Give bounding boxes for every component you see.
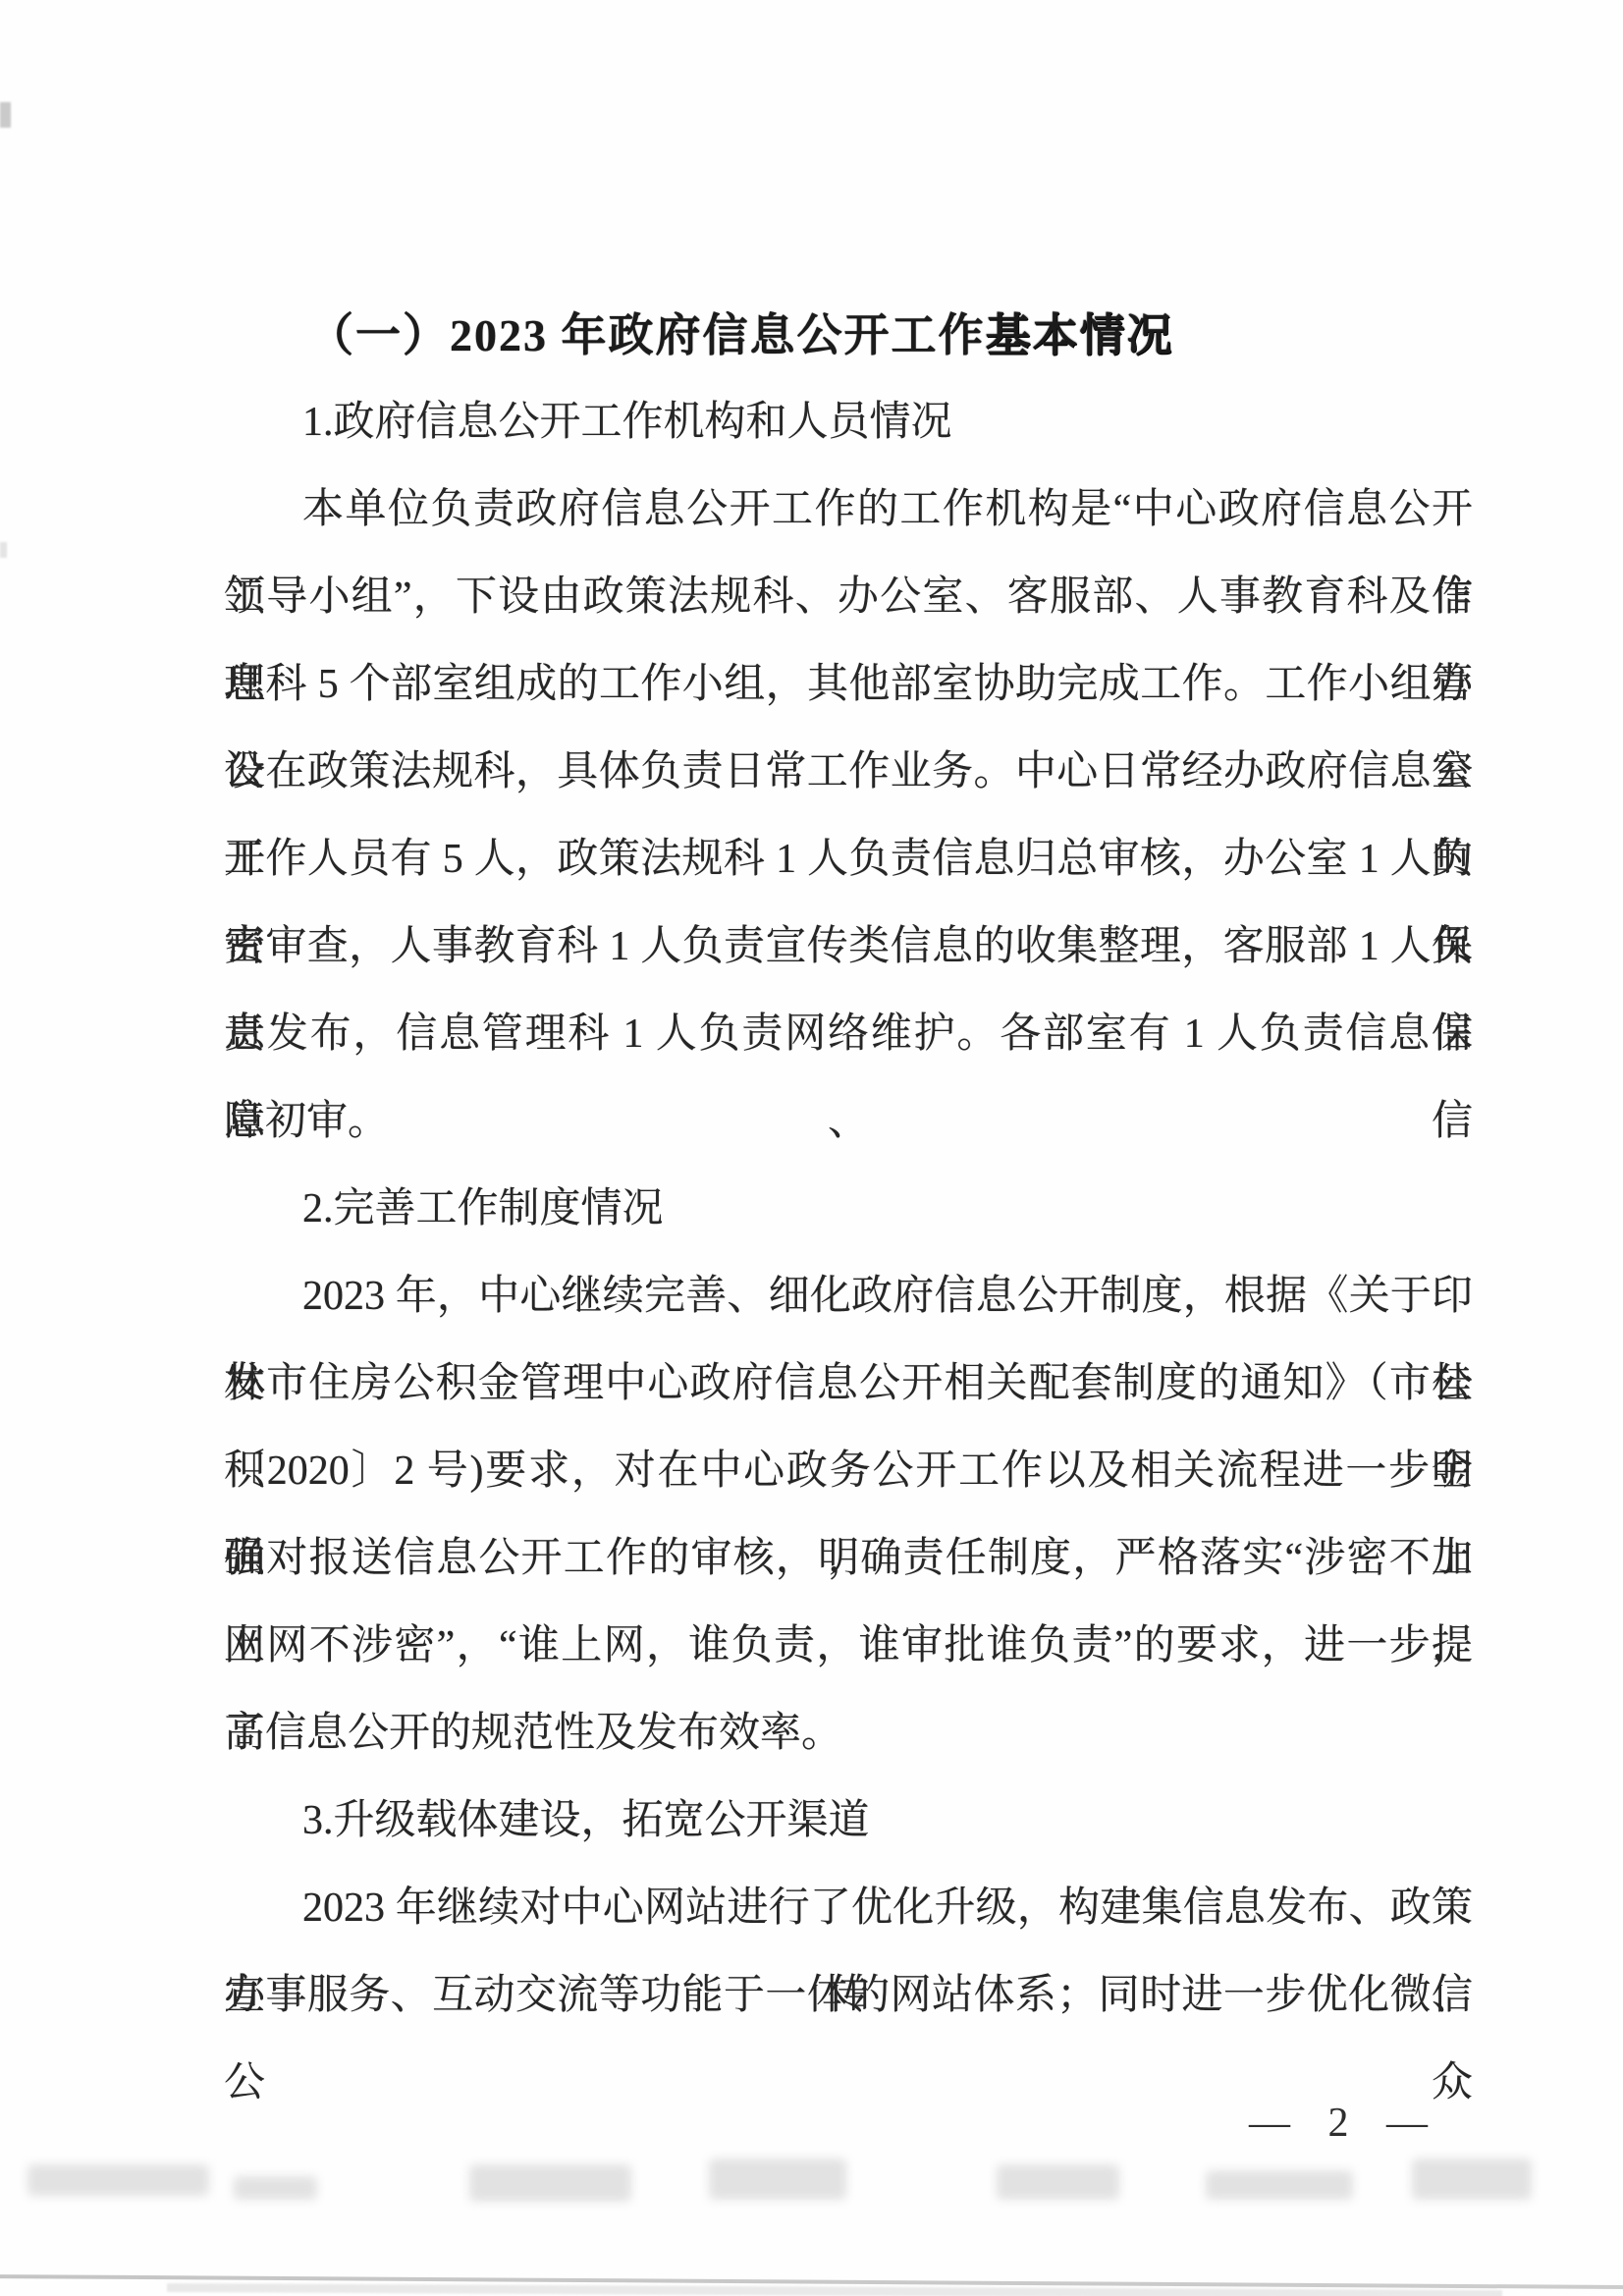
- subheading-3: 3.升级载体建设，拓宽公开渠道: [224, 1777, 1473, 1865]
- paragraph-1-line: 本单位负责政府信息公开工作的工作机构是“中心政府信息公开工作: [224, 466, 1473, 554]
- scan-artifact-smudge: [997, 2164, 1119, 2200]
- scan-artifact-smudge: [709, 2159, 846, 2200]
- paragraph-3-line: 2023 年继续对中心网站进行了优化升级，构建集信息发布、政策宣传、: [224, 1865, 1473, 1952]
- paragraph-2-line: 了信息公开的规范性及发布效率。: [224, 1690, 1473, 1777]
- paragraph-2-line: 强对报送信息公开工作的审核，明确责任制度，严格落实“涉密不上网，: [224, 1515, 1473, 1603]
- subheading-1: 1.政府信息公开工作机构和人员情况: [224, 379, 1473, 466]
- paragraph-1-line: 设在政策法规科，具体负责日常工作业务。中心日常经办政府信息公开的: [224, 729, 1473, 816]
- scan-artifact-smudge: [27, 2164, 209, 2196]
- scan-artifact-smudge: [234, 2176, 317, 2200]
- document-body: （一）2023 年政府信息公开工作基本情况 1.政府信息公开工作机构和人员情况 …: [224, 292, 1473, 2040]
- paragraph-1-line: 密审查，人事教育科 1 人负责宣传类信息的收集整理，客服部 1 人负责信: [224, 903, 1473, 991]
- paragraph-2-line: 〔2020〕2 号)要求，对在中心政务公开工作以及相关流程进一步明确，加: [224, 1428, 1473, 1515]
- scan-artifact-speck: [0, 102, 11, 128]
- section-heading: （一）2023 年政府信息公开工作基本情况: [224, 292, 1473, 379]
- paragraph-2-line: 上网不涉密”，“谁上网，谁负责，谁审批谁负责”的要求，进一步提高: [224, 1603, 1473, 1690]
- scanned-document-page: （一）2023 年政府信息公开工作基本情况 1.政府信息公开工作机构和人员情况 …: [0, 0, 1623, 2296]
- paragraph-1-line: 息发布，信息管理科 1 人负责网络维护。各部室有 1 人负责信息保障、信: [224, 991, 1473, 1078]
- section-heading-prefix: （一）2023 年政府信息公开工作: [308, 310, 986, 360]
- section-heading-emphasis: 基本情况: [986, 310, 1174, 360]
- paragraph-3-line: 办事服务、互动交流等功能于一体的网站体系；同时进一步优化微信公众: [224, 1952, 1473, 2040]
- paragraph-2-line: 林市住房公积金管理中心政府信息公开相关配套制度的通知》（市公积金: [224, 1340, 1473, 1428]
- paragraph-1-line: 领导小组”，下设由政策法规科、办公室、客服部、人事教育科及信息管: [224, 554, 1473, 641]
- paragraph-1-line: 工作人员有 5 人，政策法规科 1 人负责信息归总审核，办公室 1 人负责保: [224, 816, 1473, 903]
- page-number: — 2 —: [1249, 2100, 1441, 2147]
- scan-artifact-smudge: [1412, 2159, 1532, 2200]
- paragraph-2-line: 2023 年，中心继续完善、细化政府信息公开制度，根据《关于印发桂: [224, 1253, 1473, 1340]
- scan-artifact-smudge: [1206, 2170, 1353, 2200]
- scan-artifact-smudge: [469, 2164, 631, 2202]
- scan-artifact-speck: [0, 542, 7, 558]
- subheading-2: 2.完善工作制度情况: [224, 1166, 1473, 1253]
- paragraph-1-line: 理科 5 个部室组成的工作小组，其他部室协助完成工作。工作小组办公室: [224, 641, 1473, 729]
